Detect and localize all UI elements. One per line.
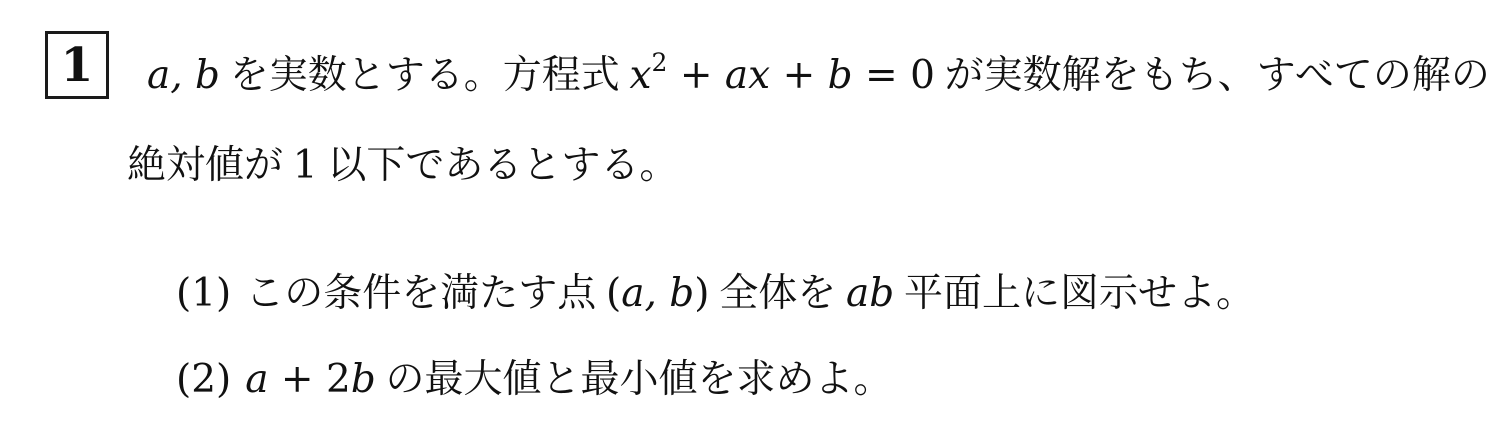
paren-close: ) (694, 271, 709, 316)
question-2: (2)a + 2b の最大値と最小値を求めよ。 (176, 352, 893, 408)
statement-text-3: 絶対値が (127, 144, 293, 187)
question-1-text-1: この条件を満たす点 (245, 272, 606, 315)
problem-number-box: 1 (45, 31, 109, 99)
question-1-text-3: 平面上に図示せよ。 (894, 272, 1255, 315)
statement-text-1: を実数とする。方程式 (220, 54, 630, 97)
math-var-b: b (351, 357, 376, 402)
math-equals-zero: = 0 (853, 53, 935, 98)
math-plus-2b-coef: + 2 (269, 357, 351, 402)
problem-number: 1 (61, 42, 94, 89)
math-plus-1: + (667, 53, 724, 98)
math-problem-page: 1 a, b を実数とする。方程式 x2 + ax + b = 0 が実数解をも… (0, 0, 1501, 440)
math-point-a-b: a, b (621, 271, 694, 316)
question-1-text-2: 全体を (709, 272, 846, 315)
question-2-label: (2) (176, 357, 231, 402)
problem-statement-line-2: 絶対値が 1 以下であるとする。 (127, 138, 678, 194)
statement-text-2: が実数解をもち、すべての解の (935, 54, 1490, 97)
math-plus-2: + (770, 53, 827, 98)
question-2-text: の最大値と最小値を求めよ。 (376, 358, 893, 401)
math-number-1: 1 (293, 143, 318, 188)
paren-open: ( (606, 271, 621, 316)
math-exponent-2: 2 (652, 48, 668, 77)
question-1-label: (1) (176, 271, 231, 316)
question-1: (1)この条件を満たす点 (a, b) 全体を ab 平面上に図示せよ。 (176, 266, 1255, 322)
problem-statement-line-1: a, b を実数とする。方程式 x2 + ax + b = 0 が実数解をもち、… (147, 48, 1490, 108)
math-ab-plane: ab (846, 271, 894, 316)
math-var-a: a (245, 357, 268, 402)
math-vars-a-b: a, b (147, 53, 220, 98)
math-ax: ax (725, 53, 770, 98)
math-b: b (828, 53, 853, 98)
math-x: x (630, 53, 652, 98)
statement-text-4: 以下であるとする。 (318, 144, 679, 187)
